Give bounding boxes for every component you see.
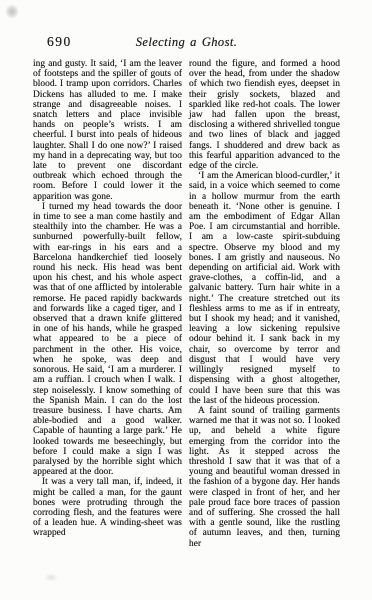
paragraph-continuation: ing and gusty. It said, ‘I am the leaver…: [33, 59, 182, 202]
paragraph-runs-to-next-column: It was a very tall man, if, indeed, it m…: [33, 477, 182, 538]
paragraph: I turned my head towards the door in tim…: [33, 202, 182, 477]
book-page-scan: 690 Selecting a Ghost. ing and gusty. It…: [0, 0, 372, 600]
paragraph-continuation: round the figure, and formed a hood over…: [189, 59, 340, 171]
text-column-left: ing and gusty. It said, ‘I am the leaver…: [33, 59, 182, 549]
scan-smudge-top-left: [5, 4, 19, 19]
running-title: Selecting a Ghost.: [33, 35, 340, 50]
page-body: ing and gusty. It said, ‘I am the leaver…: [33, 59, 340, 549]
text-column-right: round the figure, and formed a hood over…: [189, 59, 340, 549]
paragraph: ‘I am the American blood-curdler,’ it sa…: [189, 171, 340, 406]
running-head: 690 Selecting a Ghost.: [33, 33, 340, 51]
scan-smudge-bottom-left: [44, 573, 58, 582]
paragraph-runs-to-next-page: A faint sound of trailing garments warne…: [189, 406, 340, 549]
